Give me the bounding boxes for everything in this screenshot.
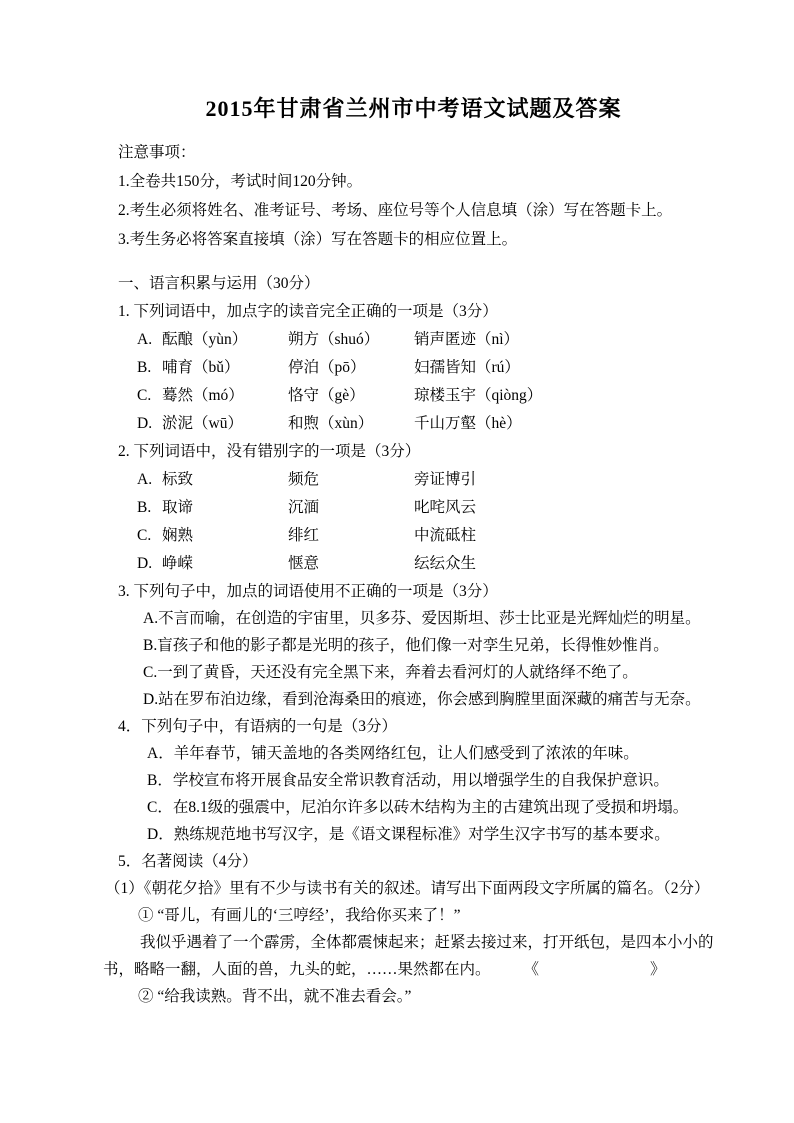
q5-part1: （1）《朝花夕拾》里有不少与读书有关的叙述。请写出下面两段文字所属的篇名。（2分… — [105, 875, 724, 902]
q1-option-b: B. 哺育（bǔ） 停泊（pō） 妇孺皆知（rú） — [137, 354, 724, 382]
option-word: 朔方（shuó） — [288, 326, 414, 354]
q1-option-d: D. 淤泥（wū） 和煦（xùn） 千山万壑（hè） — [137, 410, 724, 438]
q4-option-a: A．羊年春节，铺天盖地的各类网络红包，让人们感受到了浓浓的年味。 — [147, 740, 724, 767]
q5-paragraph-line2-text: 书，略略一翻，人面的兽，九头的蛇，……果然都在内。 — [103, 956, 491, 983]
answer-bracket-open: 《 — [524, 956, 540, 983]
option-word: 中流砥柱 — [414, 522, 476, 550]
option-word: 旁证博引 — [414, 466, 476, 494]
section-heading: 一、语言积累与运用（30分） — [118, 270, 724, 298]
section-part1: 一、语言积累与运用（30分） 1. 下列词语中，加点字的读音完全正确的一项是（3… — [103, 270, 724, 578]
option-word: 恪守（gè） — [288, 382, 414, 410]
option-label: B. — [137, 354, 162, 382]
notices-block: 注意事项： 1.全卷共150分，考试时间120分钟。 2.考生必须将姓名、准考证… — [103, 138, 724, 254]
q2-option-c: C. 娴熟 绯红 中流砥柱 — [137, 522, 724, 550]
q5-paragraph-line1: 我似乎遇着了一个霹雳，全体都震悚起来；赶紧去接过来，打开纸包，是四本小小的 — [140, 929, 724, 956]
option-word: 琼楼玉宇（qiòng） — [414, 382, 542, 410]
option-word: 沉湎 — [288, 494, 414, 522]
section-part2: 3. 下列句子中，加点的词语使用不正确的一项是（3分） A.不言而喻，在创造的宇… — [103, 578, 724, 1010]
option-word: 销声匿迹（nì） — [414, 326, 519, 354]
q3-option-d: D.站在罗布泊边缘，看到沧海桑田的痕迹，你会感到胸膛里面深藏的痛苦与无奈。 — [143, 686, 724, 713]
q5-quote2: ② “给我读熟。背不出，就不准去看会。” — [138, 983, 724, 1010]
option-label: B. — [137, 494, 162, 522]
q3-option-c: C.一到了黄昏，天还没有完全黑下来，奔着去看河灯的人就络绎不绝了。 — [143, 659, 724, 686]
q5-stem: 5．名著阅读（4分） — [118, 848, 724, 875]
option-word: 纭纭众生 — [414, 550, 476, 578]
option-word: 千山万壑（hè） — [414, 410, 522, 438]
q5-paragraph-line2: 书，略略一翻，人面的兽，九头的蛇，……果然都在内。 《 》 — [103, 956, 724, 983]
notice-item: 2.考生必须将姓名、准考证号、考场、座位号等个人信息填（涂）写在答题卡上。 — [118, 196, 724, 225]
option-word: 娴熟 — [162, 522, 288, 550]
notice-item: 1.全卷共150分，考试时间120分钟。 — [118, 167, 724, 196]
notices-heading: 注意事项： — [118, 138, 724, 167]
answer-bracket-close: 》 — [650, 956, 666, 983]
q4-option-b: B．学校宣布将开展食品安全常识教育活动，用以增强学生的自我保护意识。 — [147, 767, 724, 794]
q2-option-d: D. 峥嵘 惬意 纭纭众生 — [137, 550, 724, 578]
option-label: D. — [137, 410, 162, 438]
q3-option-b: B.盲孩子和他的影子都是光明的孩子，他们像一对孪生兄弟，长得惟妙惟肖。 — [143, 632, 724, 659]
option-label: C. — [137, 382, 162, 410]
option-word: 和煦（xùn） — [288, 410, 414, 438]
q2-option-b: B. 取谛 沉湎 叱咤风云 — [137, 494, 724, 522]
q4-stem: 4．下列句子中，有语病的一句是（3分） — [118, 713, 724, 740]
option-word: 绯红 — [288, 522, 414, 550]
option-word: 蓦然（mó） — [162, 382, 288, 410]
q2-stem: 2. 下列词语中，没有错别字的一项是（3分） — [118, 438, 724, 466]
option-label: A. — [137, 326, 162, 354]
option-label: D. — [137, 550, 162, 578]
q4-option-c: C．在8.1级的强震中，尼泊尔许多以砖木结构为主的古建筑出现了受损和坍塌。 — [147, 794, 724, 821]
option-word: 惬意 — [288, 550, 414, 578]
page-title: 2015年甘肃省兰州市中考语文试题及答案 — [103, 94, 724, 124]
q1-option-a: A. 酝酿（yùn） 朔方（shuó） 销声匿迹（nì） — [137, 326, 724, 354]
option-word: 峥嵘 — [162, 550, 288, 578]
q3-option-a: A.不言而喻，在创造的宇宙里，贝多芬、爱因斯坦、莎士比亚是光辉灿烂的明星。 — [143, 605, 724, 632]
q4-option-d: D．熟练规范地书写汉字，是《语文课程标准》对学生汉字书写的基本要求。 — [147, 821, 724, 848]
option-word: 频危 — [288, 466, 414, 494]
option-word: 妇孺皆知（rú） — [414, 354, 520, 382]
q1-option-c: C. 蓦然（mó） 恪守（gè） 琼楼玉宇（qiòng） — [137, 382, 724, 410]
notice-item: 3.考生务必将答案直接填（涂）写在答题卡的相应位置上。 — [118, 225, 724, 254]
q1-stem: 1. 下列词语中，加点字的读音完全正确的一项是（3分） — [118, 298, 724, 326]
q3-stem: 3. 下列句子中，加点的词语使用不正确的一项是（3分） — [118, 578, 724, 605]
q2-option-a: A. 标致 频危 旁证博引 — [137, 466, 724, 494]
option-label: A. — [137, 466, 162, 494]
exam-document-page: 2015年甘肃省兰州市中考语文试题及答案 注意事项： 1.全卷共150分，考试时… — [0, 0, 794, 1123]
option-word: 淤泥（wū） — [162, 410, 288, 438]
option-word: 哺育（bǔ） — [162, 354, 288, 382]
option-word: 停泊（pō） — [288, 354, 414, 382]
page-content: 2015年甘肃省兰州市中考语文试题及答案 注意事项： 1.全卷共150分，考试时… — [0, 0, 794, 1010]
option-word: 取谛 — [162, 494, 288, 522]
option-label: C. — [137, 522, 162, 550]
q5-quote1: ① “哥儿，有画儿的‘三哼经’，我给你买来了！” — [138, 902, 724, 929]
option-word: 叱咤风云 — [414, 494, 476, 522]
option-word: 标致 — [162, 466, 288, 494]
option-word: 酝酿（yùn） — [162, 326, 288, 354]
